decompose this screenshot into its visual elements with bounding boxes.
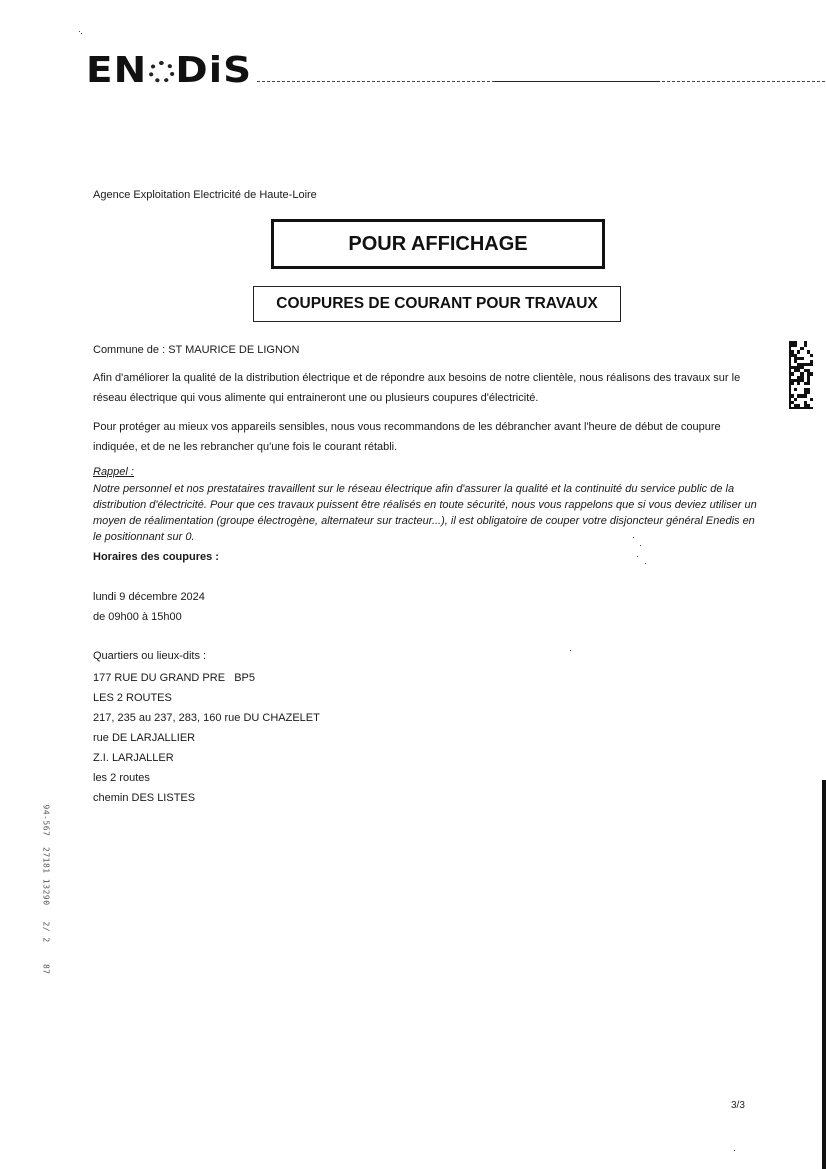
title-text: POUR AFFICHAGE [348,233,527,256]
logo-emblem-icon [148,61,174,83]
place-item: LES 2 ROUTES [93,688,320,708]
datamatrix-code-icon [789,341,813,409]
enedis-logo: ENDiS [86,54,240,88]
schedule-date: lundi 9 décembre 2024 [93,590,205,604]
subtitle-box: COUPURES DE COURANT POUR TRAVAUX [253,286,621,322]
logo-text-right: DiS [175,50,252,91]
schedule-heading: Horaires des coupures : [93,551,219,563]
intro-paragraph: Afin d'améliorer la qualité de la distri… [93,368,765,408]
scan-speck [645,563,646,564]
places-heading: Quartiers ou lieux-dits : [93,649,206,663]
place-item: 217, 235 au 237, 283, 160 rue DU CHAZELE… [93,708,320,728]
header-rule [257,81,825,82]
protection-paragraph: Pour protéger au mieux vos appareils sen… [93,417,765,457]
logo-wordmark: ENDiS [86,54,252,88]
place-item: rue DE LARJALLIER [93,728,320,748]
place-item: chemin DES LISTES [93,788,320,808]
subtitle-text: COUPURES DE COURANT POUR TRAVAUX [276,295,598,313]
side-tracking-code: 94-567 27181 13290 2/ 2 87 [42,805,51,945]
scan-speck [81,33,82,34]
place-item: Z.I. LARJALLER [93,748,320,768]
page-number: 3/3 [731,1100,745,1111]
scan-speck [637,556,638,557]
place-item: les 2 routes [93,768,320,788]
rappel-label: Rappel : [93,466,134,478]
title-box: POUR AFFICHAGE [271,219,605,269]
scan-speck [734,1150,735,1151]
schedule-time: de 09h00 à 15h00 [93,610,182,624]
place-item: 177 RUE DU GRAND PRE BP5 [93,668,320,688]
agency-name: Agence Exploitation Electricité de Haute… [93,189,317,201]
scan-speck [570,650,571,651]
rappel-text: Notre personnel et nos prestataires trav… [93,481,758,545]
scan-speck [633,537,634,538]
scan-speck [79,31,80,32]
logo-text-left: EN [86,50,147,91]
scan-speck [640,545,641,546]
scan-edge-bar [822,780,826,1169]
commune-line: Commune de : ST MAURICE DE LIGNON [93,343,299,357]
places-list: 177 RUE DU GRAND PRE BP5 LES 2 ROUTES 21… [93,668,320,808]
